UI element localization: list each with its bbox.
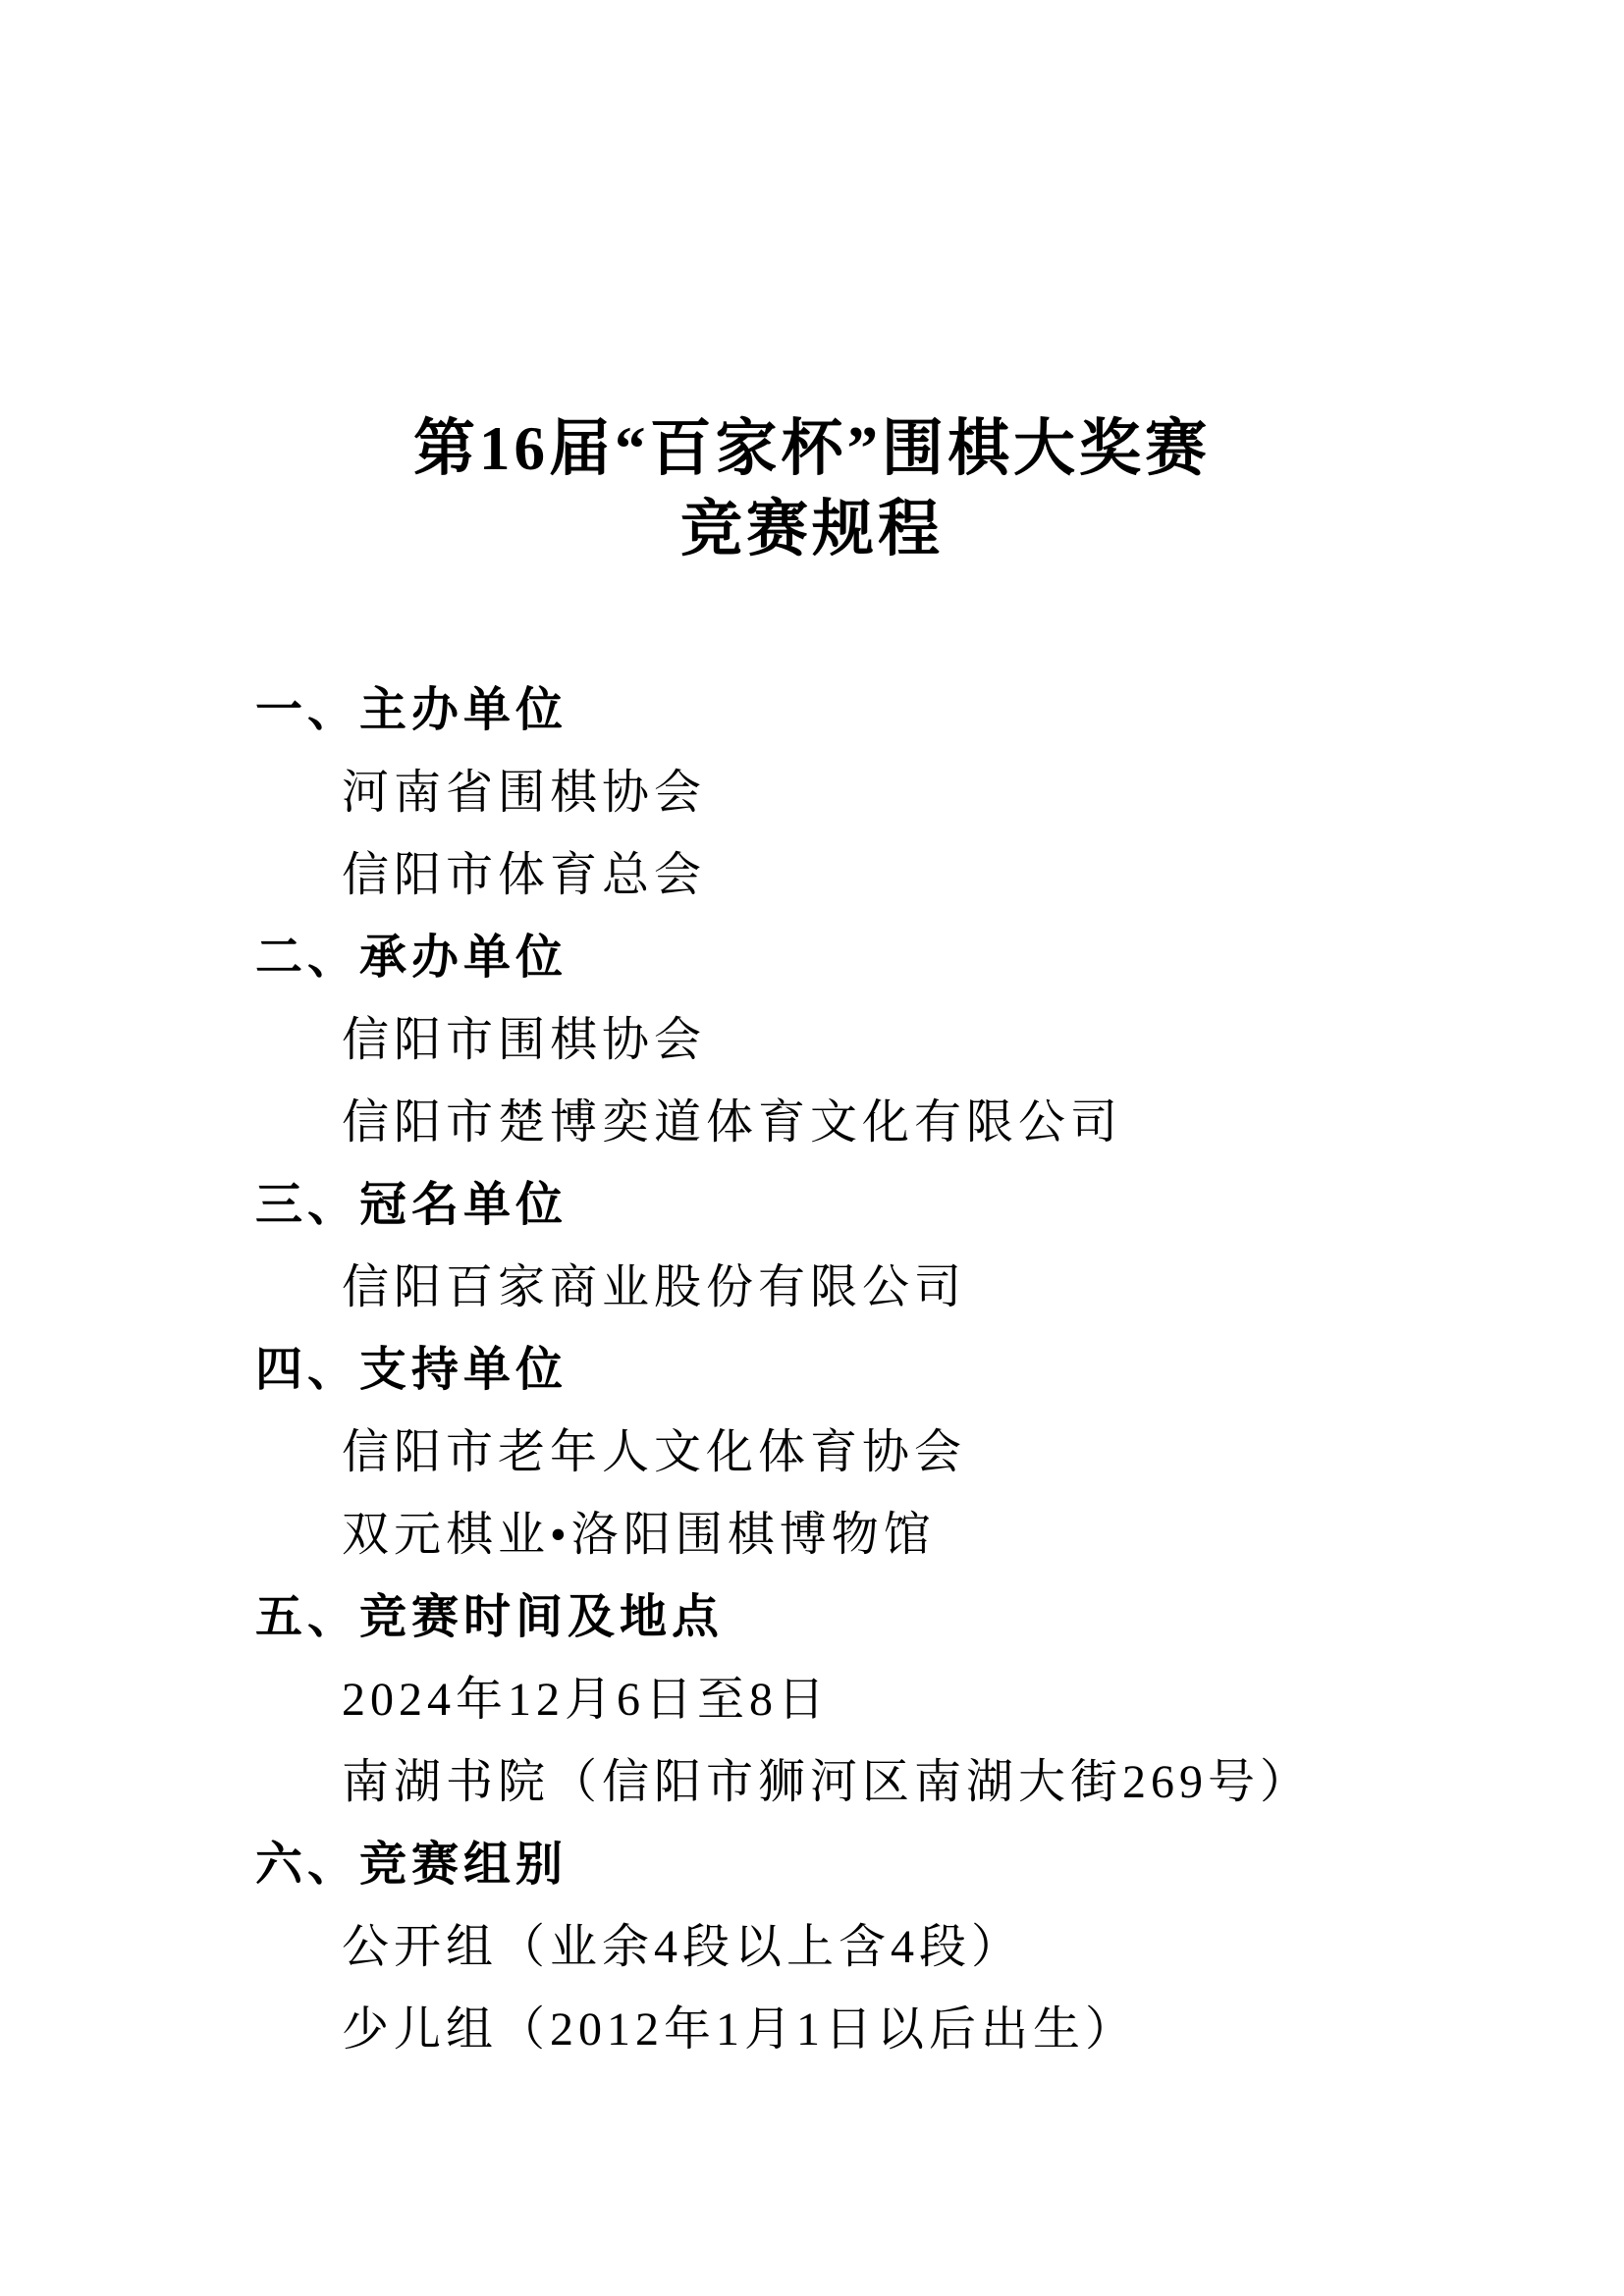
section-4-heading: 四、支持单位 — [255, 1329, 1565, 1412]
section-4-item-1: 信阳市老年人文化体育协会 — [255, 1412, 1565, 1494]
title-line-2: 竞赛规程 — [0, 489, 1624, 569]
section-3-heading: 三、冠名单位 — [255, 1164, 1565, 1247]
section-1-heading: 一、主办单位 — [255, 669, 1565, 752]
section-5-heading: 五、竞赛时间及地点 — [255, 1576, 1565, 1659]
section-6-heading: 六、竞赛组别 — [255, 1824, 1565, 1906]
section-3-item-1: 信阳百家商业股份有限公司 — [255, 1247, 1565, 1329]
scanned-document-page: 第16届“百家杯”围棋大奖赛 竞赛规程 一、主办单位 河南省围棋协会 信阳市体育… — [0, 0, 1624, 2296]
section-6-item-2: 少儿组（2012年1月1日以后出生） — [255, 1989, 1565, 2071]
section-1-item-2: 信阳市体育总会 — [255, 834, 1565, 917]
section-6-item-1: 公开组（业余4段以上含4段） — [255, 1906, 1565, 1989]
section-2-heading: 二、承办单位 — [255, 917, 1565, 999]
section-1-item-1: 河南省围棋协会 — [255, 752, 1565, 834]
section-5-item-2: 南湖书院（信阳市狮河区南湖大街269号） — [255, 1741, 1565, 1824]
section-2-item-2: 信阳市楚博奕道体育文化有限公司 — [255, 1082, 1565, 1164]
document-body: 一、主办单位 河南省围棋协会 信阳市体育总会 二、承办单位 信阳市围棋协会 信阳… — [255, 669, 1565, 2071]
section-5-item-1: 2024年12月6日至8日 — [255, 1659, 1565, 1741]
section-4-item-2: 双元棋业•洛阳围棋博物馆 — [255, 1494, 1565, 1576]
document-title: 第16届“百家杯”围棋大奖赛 竞赛规程 — [0, 408, 1624, 569]
section-2-item-1: 信阳市围棋协会 — [255, 999, 1565, 1082]
title-line-1: 第16届“百家杯”围棋大奖赛 — [0, 408, 1624, 489]
